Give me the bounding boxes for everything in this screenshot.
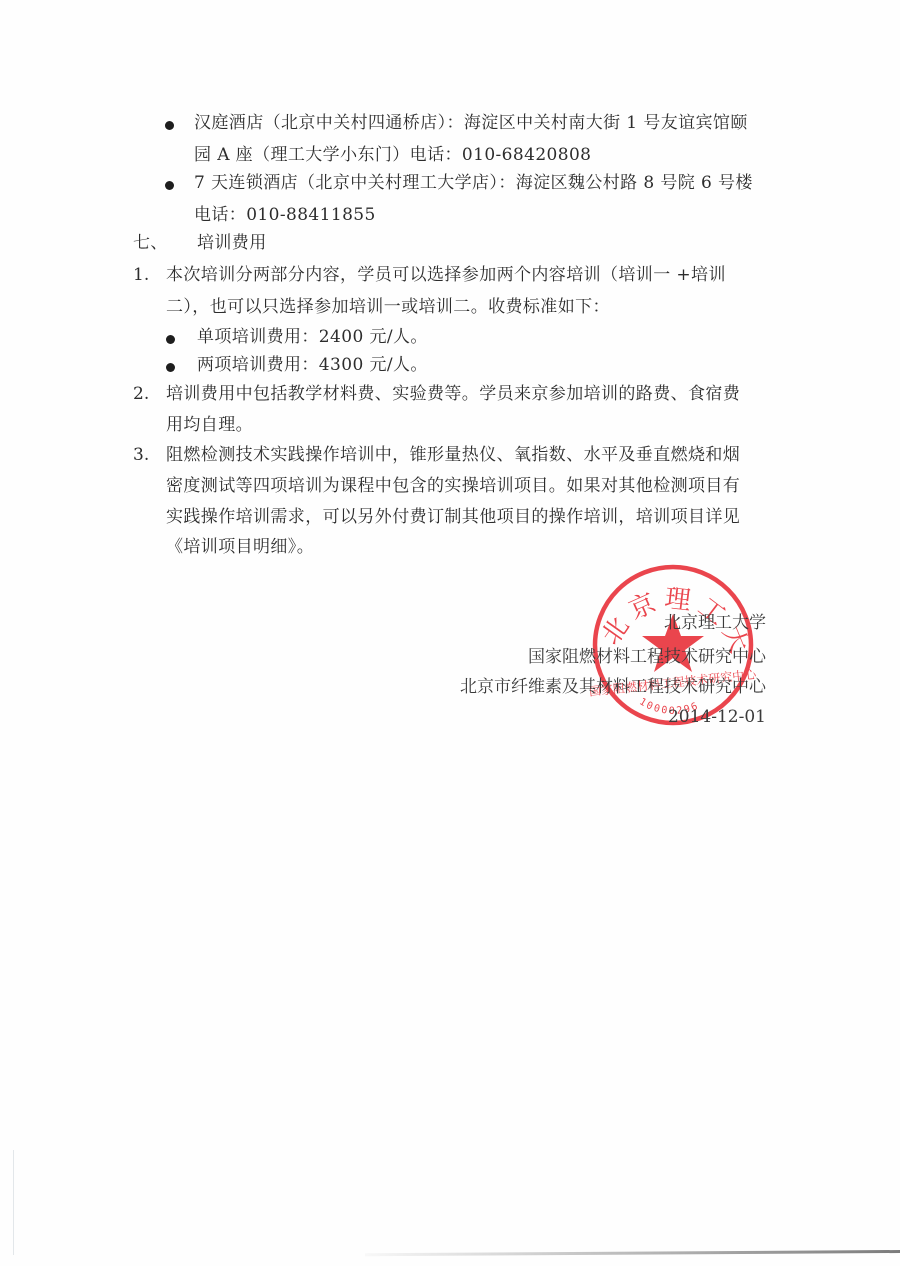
- signature-date: 2014-12-01: [668, 707, 766, 727]
- signature-org-1: 北京理工大学: [664, 613, 766, 633]
- bullet-icon: [165, 181, 174, 190]
- hotel-2-line-1: 7 天连锁酒店（北京中关村理工大学店）：海淀区魏公村路 8 号院 6 号楼: [194, 173, 753, 193]
- scan-edge-line: [13, 1150, 14, 1255]
- section-title: 培训费用: [197, 233, 267, 253]
- fee-single: 单项培训费用：2400 元/人。: [197, 327, 428, 347]
- bullet-icon: [166, 335, 175, 344]
- fee-double: 两项培训费用：4300 元/人。: [197, 355, 428, 375]
- section-number: 七、: [133, 233, 168, 253]
- item-3-line-2: 密度测试等四项培训为课程中包含的实操培训项目。如果对其他检测项目有: [166, 476, 740, 496]
- item-3-line-4: 《培训项目明细》。: [166, 537, 314, 557]
- item-2-line-1: 培训费用中包括教学材料费、实验费等。学员来京参加培训的路费、食宿费: [166, 384, 740, 404]
- bullet-icon: [166, 363, 175, 372]
- item-3-line-3: 实践操作培训需求，可以另外付费订制其他项目的操作培训，培训项目详见: [166, 507, 740, 527]
- official-seal-stamp: 北京理工大学 国家阻燃材料工程技术研究中心 10000296: [590, 562, 756, 728]
- document-page: 汉庭酒店（北京中关村四通桥店）：海淀区中关村南大街 1 号友谊宾馆颐 园 A 座…: [0, 0, 900, 1266]
- signature-org-2: 国家阻燃材料工程技术研究中心: [528, 647, 766, 667]
- item-3-number: 3.: [133, 445, 149, 465]
- hotel-1-line-1: 汉庭酒店（北京中关村四通桥店）：海淀区中关村南大街 1 号友谊宾馆颐: [194, 113, 748, 133]
- signature-org-3: 北京市纤维素及其材料工程技术研究中心: [460, 677, 766, 697]
- hotel-1-line-2: 园 A 座（理工大学小东门）电话：010-68420808: [194, 145, 591, 165]
- item-3-line-1: 阻燃检测技术实践操作培训中，锥形量热仪、氧指数、水平及垂直燃烧和烟: [166, 445, 740, 465]
- item-1-line-1: 本次培训分两部分内容，学员可以选择参加两个内容培训（培训一 +培训: [166, 265, 726, 285]
- item-2-line-2: 用均自理。: [166, 415, 253, 435]
- scan-edge-shadow: [365, 1250, 900, 1256]
- hotel-2-line-2: 电话：010-88411855: [194, 205, 376, 225]
- item-1-number: 1.: [133, 265, 149, 285]
- item-2-number: 2.: [133, 384, 149, 404]
- item-1-line-2: 二），也可以只选择参加培训一或培训二。收费标准如下：: [166, 297, 610, 317]
- bullet-icon: [165, 121, 174, 130]
